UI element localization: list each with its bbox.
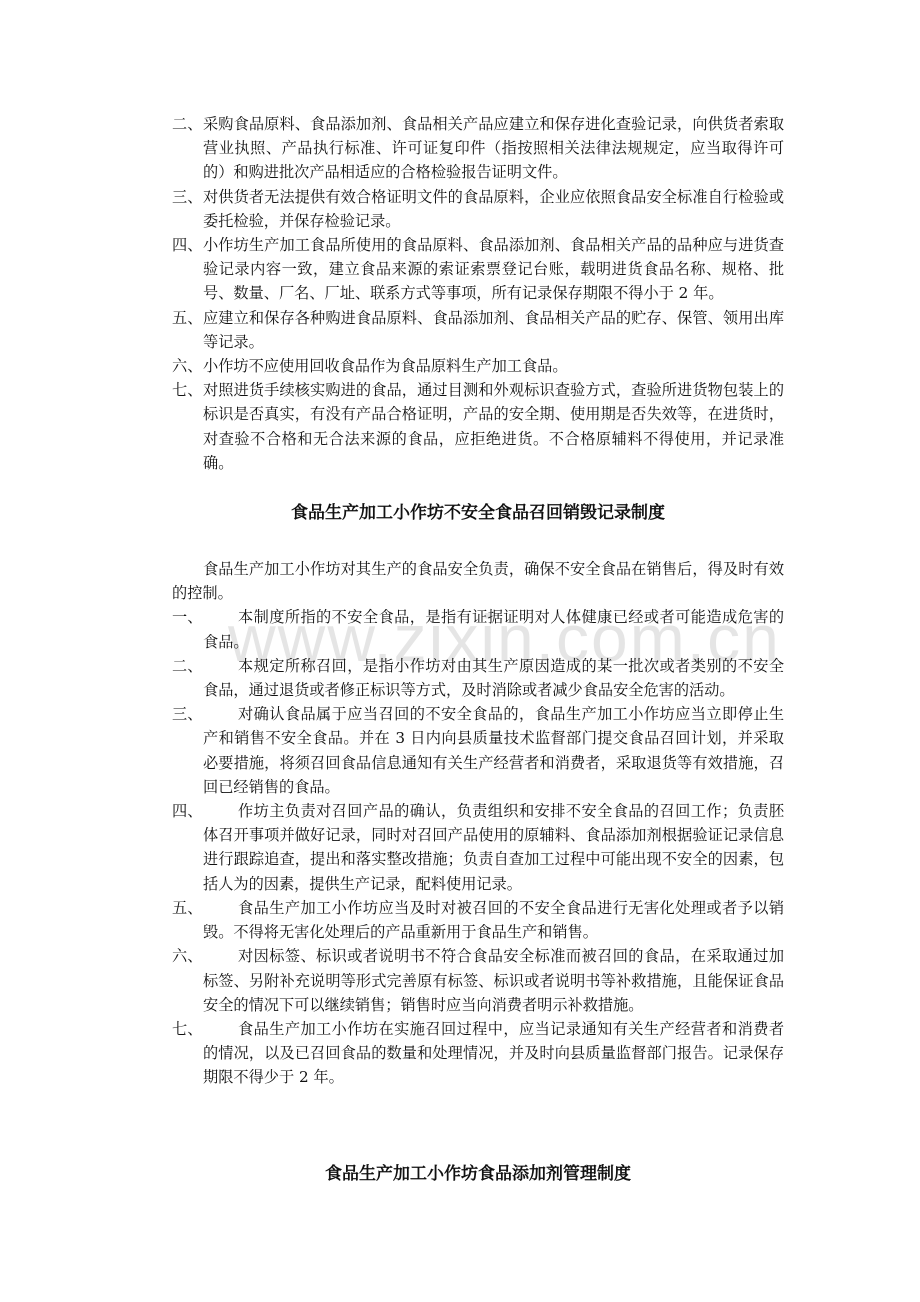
list-item: 七、对照进货手续核实购进的食品，通过目测和外观标识查验方式，查验所进货物包装上的… xyxy=(172,378,784,475)
list-item: 三、对确认食品属于应当召回的不安全食品的，食品生产加工小作坊应当立即停止生产和销… xyxy=(172,702,784,799)
item-text: 食品生产加工小作坊应当及时对被召回的不安全食品进行无害化处理或者予以销毁。不得将… xyxy=(203,896,784,944)
item-text: 食品生产加工小作坊在实施召回过程中，应当记录通知有关生产经营者和消费者的情况，以… xyxy=(203,1017,784,1090)
item-number: 二、 xyxy=(172,654,202,678)
list-item: 三、对供货者无法提供有效合格证明文件的食品原料，企业应依照食品安全标准自行检验或… xyxy=(172,185,784,233)
item-number: 四、 xyxy=(172,233,202,257)
list-item: 六、对因标签、标识或者说明书不符合食品安全标准而被召回的食品，在采取通过加标签、… xyxy=(172,944,784,1017)
item-number: 一、 xyxy=(172,605,202,629)
item-number: 二、 xyxy=(172,112,202,136)
list-item: 七、食品生产加工小作坊在实施召回过程中，应当记录通知有关生产经营者和消费者的情况… xyxy=(172,1017,784,1090)
section2-list: 一、本制度所指的不安全食品，是指有证据证明对人体健康已经或者可能造成危害的食品。… xyxy=(172,605,784,1089)
item-text: 本规定所称召回，是指小作坊对由其生产原因造成的某一批次或者类别的不安全食品，通过… xyxy=(203,654,784,702)
document-page: 二、采购食品原料、食品添加剂、食品相关产品应建立和保存进化查验记录，向供货者索取… xyxy=(172,112,784,1186)
item-text: 作坊主负责对召回产品的确认，负责组织和安排不安全食品的召回工作；负责胚体召开事项… xyxy=(203,799,784,896)
item-number: 七、 xyxy=(172,378,202,402)
list-item: 二、采购食品原料、食品添加剂、食品相关产品应建立和保存进化查验记录，向供货者索取… xyxy=(172,112,784,185)
item-number: 四、 xyxy=(172,799,202,823)
section-intro: 食品生产加工小作坊对其生产的食品安全负责，确保不安全食品在销售后，得及时有效的控… xyxy=(172,557,784,605)
list-item: 一、本制度所指的不安全食品，是指有证据证明对人体健康已经或者可能造成危害的食品。 xyxy=(172,605,784,653)
item-number: 六、 xyxy=(172,354,202,378)
section1-list: 二、采购食品原料、食品添加剂、食品相关产品应建立和保存进化查验记录，向供货者索取… xyxy=(172,112,784,475)
list-item: 六、小作坊不应使用回收食品作为食品原料生产加工食品。 xyxy=(172,354,784,378)
item-text: 应建立和保存各种购进食品原料、食品添加剂、食品相关产品的贮存、保管、领用出库等记… xyxy=(203,309,784,351)
item-text: 小作坊生产加工食品所使用的食品原料、食品添加剂、食品相关产品的品种应与进货查验记… xyxy=(203,236,784,302)
item-number: 三、 xyxy=(172,702,202,726)
item-number: 七、 xyxy=(172,1017,202,1041)
list-item: 四、作坊主负责对召回产品的确认，负责组织和安排不安全食品的召回工作；负责胚体召开… xyxy=(172,799,784,896)
list-item: 四、小作坊生产加工食品所使用的食品原料、食品添加剂、食品相关产品的品种应与进货查… xyxy=(172,233,784,306)
item-text: 对确认食品属于应当召回的不安全食品的，食品生产加工小作坊应当立即停止生产和销售不… xyxy=(203,702,784,799)
list-item: 二、本规定所称召回，是指小作坊对由其生产原因造成的某一批次或者类别的不安全食品，… xyxy=(172,654,784,702)
item-number: 三、 xyxy=(172,185,202,209)
section-title-recall: 食品生产加工小作坊不安全食品召回销毁记录制度 xyxy=(172,501,784,525)
list-item: 五、应建立和保存各种购进食品原料、食品添加剂、食品相关产品的贮存、保管、领用出库… xyxy=(172,306,784,354)
item-number: 六、 xyxy=(172,944,202,968)
item-text: 本制度所指的不安全食品，是指有证据证明对人体健康已经或者可能造成危害的食品。 xyxy=(203,605,784,653)
item-text: 对供货者无法提供有效合格证明文件的食品原料，企业应依照食品安全标准自行检验或委托… xyxy=(203,188,784,230)
item-text: 小作坊不应使用回收食品作为食品原料生产加工食品。 xyxy=(203,357,568,375)
section-title-additives: 食品生产加工小作坊食品添加剂管理制度 xyxy=(172,1162,784,1186)
item-text: 采购食品原料、食品添加剂、食品相关产品应建立和保存进化查验记录，向供货者索取营业… xyxy=(203,115,784,181)
item-number: 五、 xyxy=(172,896,202,920)
item-number: 五、 xyxy=(172,306,202,330)
item-text: 对因标签、标识或者说明书不符合食品安全标准而被召回的食品，在采取通过加标签、另附… xyxy=(203,944,784,1017)
list-item: 五、食品生产加工小作坊应当及时对被召回的不安全食品进行无害化处理或者予以销毁。不… xyxy=(172,896,784,944)
item-text: 对照进货手续核实购进的食品，通过目测和外观标识查验方式，查验所进货物包装上的标识… xyxy=(203,381,784,472)
